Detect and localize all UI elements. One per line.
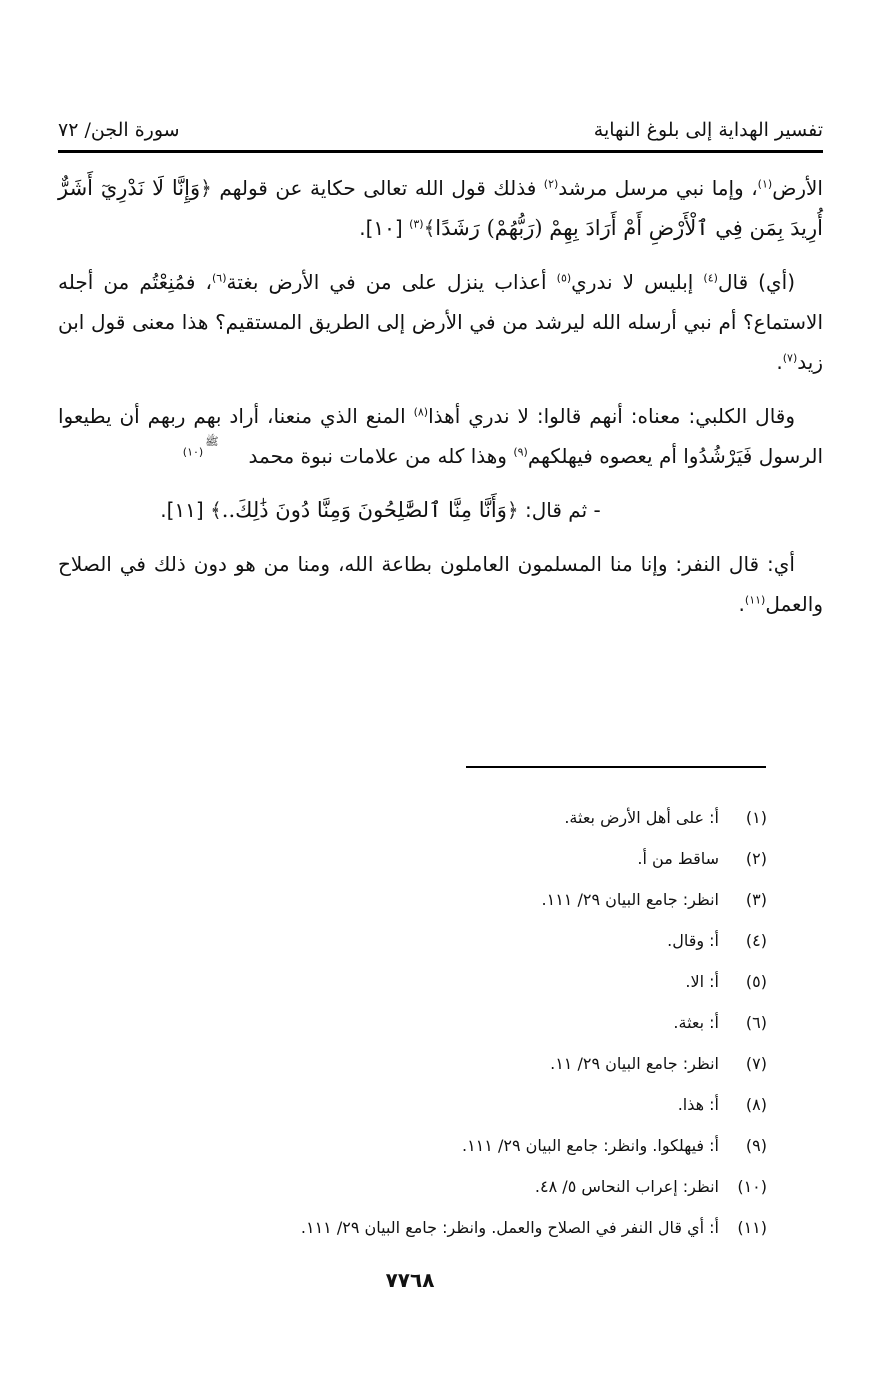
footnote-text: أ: وقال. — [667, 923, 719, 959]
quran-bracket-close-icon: ﴾ — [424, 216, 436, 240]
footnote-text: انظر: جامع البيان ٢٩/ ١١١. — [542, 882, 720, 918]
text: أي: قال النفر: وإنا منا المسلمون العاملو… — [58, 552, 823, 616]
footnote-number: (٧) — [719, 1046, 767, 1082]
footnote-item: (١١)أ: أي قال النفر في الصلاح والعمل. وا… — [67, 1210, 767, 1251]
footnotes-list: (١)أ: على أهل الأرض بعثة. (٢)ساقط من أ. … — [67, 800, 767, 1251]
footnote-item: (٤)أ: وقال. — [67, 923, 767, 964]
footnote-item: (٥)أ: الا. — [67, 964, 767, 1005]
surah-page-label: سورة الجن/ ٧٢ — [58, 118, 180, 142]
footnote-text: أ: أي قال النفر في الصلاح والعمل. وانظر:… — [301, 1210, 719, 1246]
footnote-number: (٣) — [719, 882, 767, 918]
footnote-text: ساقط من أ. — [637, 841, 719, 877]
footnote-divider — [466, 766, 766, 768]
footnote-ref-8[interactable]: (٨) — [414, 405, 429, 418]
paragraph-1: الأرض(١)، وإما نبي مرسل مرشد(٢) فذلك قول… — [58, 168, 823, 248]
footnote-ref-4[interactable]: (٤) — [703, 271, 718, 284]
footnote-ref-9[interactable]: (٩) — [513, 445, 528, 458]
footnote-number: (٦) — [719, 1005, 767, 1041]
quran-bracket-close-icon: ﴾ — [210, 498, 222, 522]
paragraph-4: - ثم قال: ﴿وَأَنَّا مِنَّا ٱلصَّٰلِحُونَ… — [58, 490, 823, 530]
header-divider — [58, 150, 823, 153]
footnote-number: (٤) — [719, 923, 767, 959]
footnote-ref-6[interactable]: (٦) — [212, 271, 227, 284]
footnote-ref-5[interactable]: (٥) — [557, 271, 572, 284]
paragraph-2: (أي) قال(٤) إبليس لا ندري(٥) أعذاب ينزل … — [58, 262, 823, 382]
footnote-item: (٦)أ: بعثة. — [67, 1005, 767, 1046]
footnote-ref-2[interactable]: (٢) — [544, 177, 559, 190]
footnote-text: أ: هذا. — [678, 1087, 719, 1123]
book-page: تفسير الهداية إلى بلوغ النهاية سورة الجن… — [0, 0, 885, 1383]
footnote-item: (٨)أ: هذا. — [67, 1087, 767, 1128]
main-text: الأرض(١)، وإما نبي مرسل مرشد(٢) فذلك قول… — [58, 168, 823, 638]
footnote-text: أ: على أهل الأرض بعثة. — [564, 800, 719, 836]
footnote-text: أ: بعثة. — [673, 1005, 719, 1041]
text: - ثم قال: — [519, 498, 601, 522]
footnote-number: (٩) — [719, 1128, 767, 1164]
page-number: ٧٧٦٨ — [360, 1268, 460, 1292]
verse-reference: [١١]. — [160, 498, 210, 522]
verse-reference: [١٠]. — [359, 216, 409, 240]
footnote-ref-11[interactable]: (١١) — [745, 593, 765, 606]
salawat-icon: ﷺ — [205, 436, 246, 447]
footnote-number: (٥) — [719, 964, 767, 1000]
text: إبليس لا ندري — [571, 270, 703, 294]
text: ، وإما نبي مرسل مرشد — [558, 176, 757, 200]
footnote-item: (١)أ: على أهل الأرض بعثة. — [67, 800, 767, 841]
footnote-number: (١) — [719, 800, 767, 836]
text: وهذا كله من علامات نبوة محمد — [249, 444, 514, 468]
paragraph-5: أي: قال النفر: وإنا منا المسلمون العاملو… — [58, 544, 823, 624]
footnote-number: (٢) — [719, 841, 767, 877]
footnote-ref-1[interactable]: (١) — [758, 177, 773, 190]
text: فذلك قول الله تعالى حكاية عن قولهم — [212, 176, 544, 200]
footnote-text: أ: الا. — [685, 964, 719, 1000]
footnote-ref-7[interactable]: (٧) — [783, 351, 798, 364]
footnote-item: (١٠)انظر: إعراب النحاس ٥/ ٤٨. — [67, 1169, 767, 1210]
paragraph-3: وقال الكلبي: معناه: أنهم قالوا: لا ندري … — [58, 396, 823, 476]
quran-bracket-open-icon: ﴿ — [200, 176, 212, 200]
footnote-text: انظر: إعراب النحاس ٥/ ٤٨. — [535, 1169, 719, 1205]
text: (أي) قال — [718, 270, 795, 294]
book-title: تفسير الهداية إلى بلوغ النهاية — [594, 118, 823, 142]
footnote-item: (٩)أ: فيهلكوا. وانظر: جامع البيان ٢٩/ ١١… — [67, 1128, 767, 1169]
footnote-text: أ: فيهلكوا. وانظر: جامع البيان ٢٩/ ١١١. — [462, 1128, 719, 1164]
footnote-number: (١٠) — [719, 1169, 767, 1205]
footnote-ref-3[interactable]: (٣) — [409, 217, 424, 230]
running-header: تفسير الهداية إلى بلوغ النهاية سورة الجن… — [58, 108, 823, 142]
quran-verse: وَأَنَّا مِنَّا ٱلصَّٰلِحُونَ وَمِنَّا د… — [222, 498, 507, 522]
footnote-ref-10[interactable]: (١٠) — [183, 445, 203, 458]
text: أعذاب ينزل على من في الأرض بغتة — [227, 270, 557, 294]
text: الأرض — [772, 176, 823, 200]
footnote-item: (٣)انظر: جامع البيان ٢٩/ ١١١. — [67, 882, 767, 923]
footnote-item: (٢)ساقط من أ. — [67, 841, 767, 882]
footnote-number: (٨) — [719, 1087, 767, 1123]
footnote-text: انظر: جامع البيان ٢٩/ ١١. — [550, 1046, 719, 1082]
footnote-number: (١١) — [719, 1210, 767, 1246]
quran-bracket-open-icon: ﴿ — [507, 498, 519, 522]
text: وقال الكلبي: معناه: أنهم قالوا: لا ندري … — [428, 404, 795, 428]
footnote-item: (٧)انظر: جامع البيان ٢٩/ ١١. — [67, 1046, 767, 1087]
